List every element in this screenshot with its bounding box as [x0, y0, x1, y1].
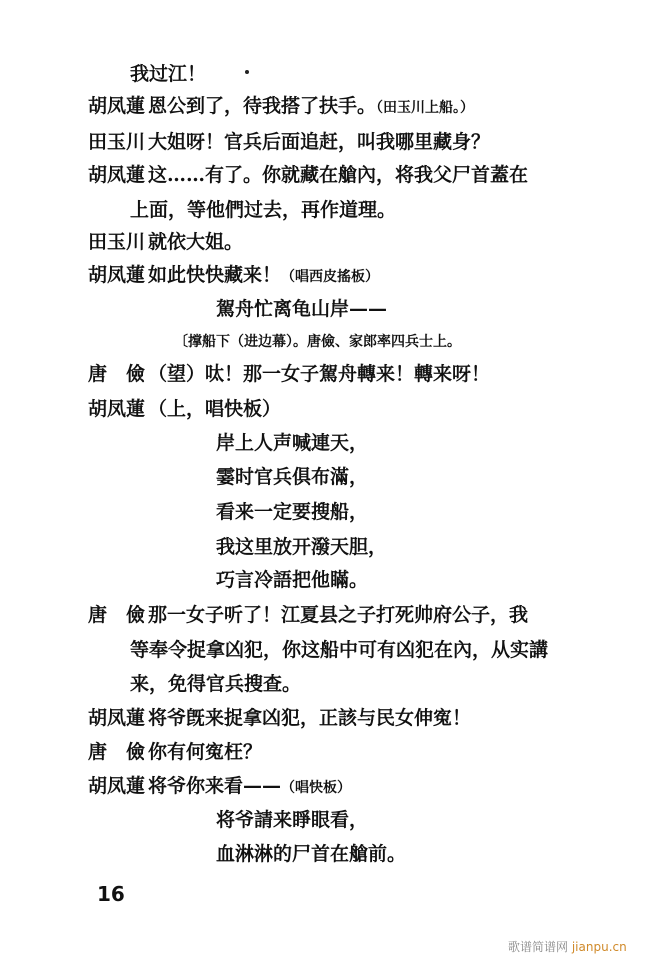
- continuation-text: 来，免得官兵搜查。: [130, 672, 301, 696]
- speaker-name: 唐 儉: [88, 362, 145, 386]
- watermark: 歌谱简谱网 jianpu.cn: [508, 938, 627, 955]
- speaker-name: 田玉川: [88, 230, 145, 254]
- verse-text: 将爷請来睜眼看，: [216, 808, 368, 832]
- stage-note: （唱快板）: [281, 780, 351, 796]
- verse-text: 霎时官兵俱布滿，: [216, 465, 368, 489]
- stage-note: （田玉川上船。）: [376, 100, 474, 116]
- watermark-cn: 歌谱简谱网: [508, 940, 568, 954]
- dialogue-text: 那一女子听了！江夏县之子打死帅府公子，我: [148, 603, 528, 627]
- verse-text: 看来一定要搜船，: [216, 500, 368, 524]
- speaker-name: 胡凤蓮: [88, 263, 145, 287]
- verse-text: 巧言冷語把他瞞。: [216, 568, 368, 592]
- dialogue-text: （望）呔！那一女子駕舟轉来！轉来呀！: [148, 362, 490, 386]
- verse-text: 駕舟忙离龟山岸——: [216, 297, 387, 321]
- speaker-name: 唐 儉: [88, 603, 145, 627]
- speaker-name: 唐 儉: [88, 740, 145, 764]
- speaker-name: 田玉川: [88, 130, 145, 154]
- speaker-name: 胡凤蓮: [88, 706, 145, 730]
- dialogue-text: 恩公到了，待我搭了扶手。（田玉川上船。）: [148, 94, 474, 120]
- speaker-name: 胡凤蓮: [88, 94, 145, 118]
- speaker-name: 胡凤蓮: [88, 397, 145, 421]
- verse-text: 岸上人声喊連天，: [216, 431, 368, 455]
- verse-text: 我这里放开潑天胆，: [216, 535, 387, 559]
- continuation-text: 等奉令捉拿凶犯，你这船中可有凶犯在內，从实講: [130, 638, 548, 662]
- page-number: 16: [97, 882, 125, 906]
- stage-direction-text: 〔撑船下（进边幕）。唐儉、家郎率四兵士上。: [174, 330, 461, 354]
- dialogue-text: 你有何寃枉？: [148, 740, 262, 764]
- dialogue-text: 这……有了。你就藏在艙內，将我父尸首蓋在: [148, 163, 528, 187]
- dialogue-text: 将爷你来看——（唱快板）: [148, 774, 351, 800]
- watermark-site: jianpu.cn: [572, 940, 627, 954]
- dialogue-text: 如此快快藏来！（唱西皮搖板）: [148, 263, 379, 289]
- continuation-text: 上面，等他們过去，再作道理。: [130, 198, 396, 222]
- speck-mark: [245, 70, 249, 74]
- dialogue-text: 就依大姐。: [148, 230, 243, 254]
- dialogue-text: 大姐呀！官兵后面追赶，叫我哪里藏身？: [148, 130, 490, 154]
- speaker-name: 胡凤蓮: [88, 163, 145, 187]
- verse-text: 血淋淋的尸首在艙前。: [216, 842, 406, 866]
- dialogue-text: 将爷旣来捉拿凶犯，正該与民女伸寃！: [148, 706, 471, 730]
- speaker-name: 胡凤蓮: [88, 774, 145, 798]
- top-fragment: 我过江！: [130, 62, 206, 86]
- dialogue-text: （上，唱快板）: [148, 397, 281, 421]
- scanned-script-page: 我过江！ 胡凤蓮 恩公到了，待我搭了扶手。（田玉川上船。） 田玉川 大姐呀！官兵…: [0, 0, 672, 966]
- stage-note: （唱西皮搖板）: [281, 269, 379, 285]
